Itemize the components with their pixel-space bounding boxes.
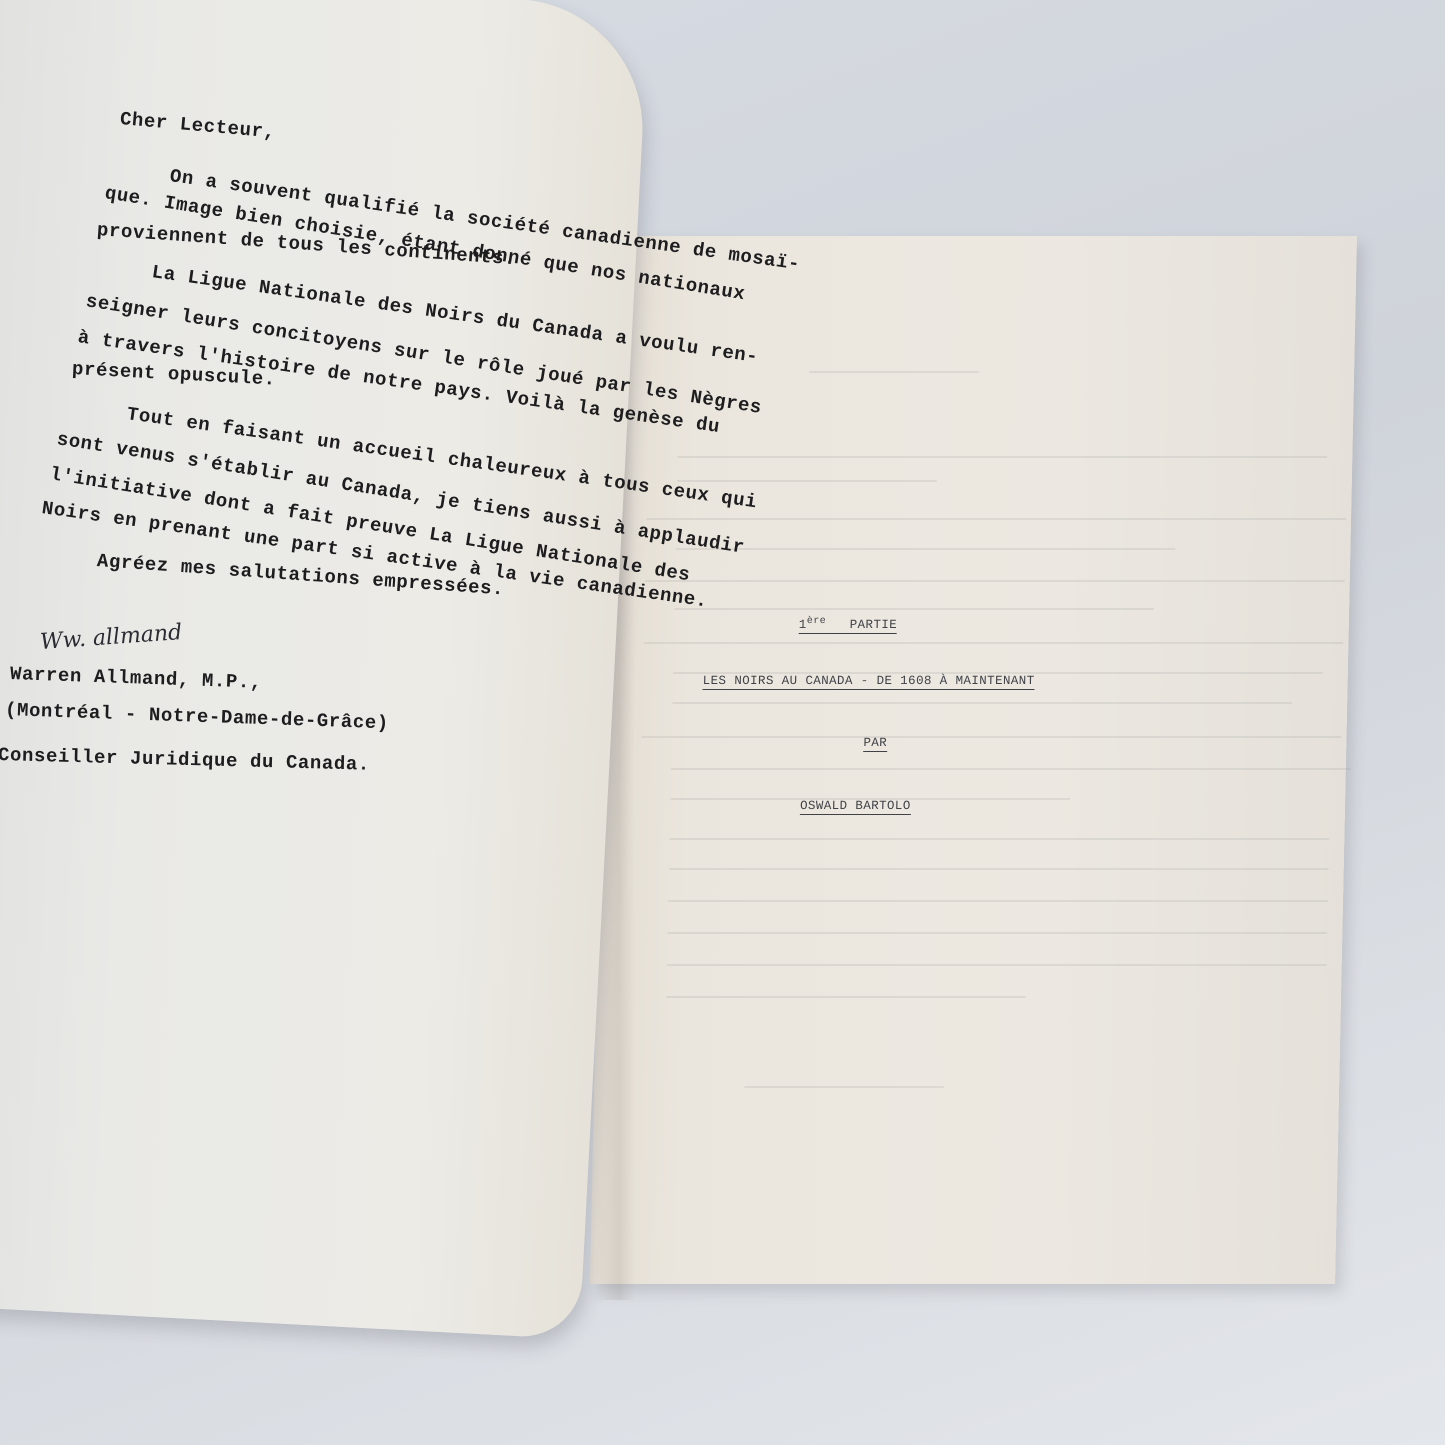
show-through-line (667, 932, 1327, 934)
show-through-line (645, 580, 1345, 582)
show-through-line (643, 642, 1343, 644)
show-through-line (675, 548, 1175, 550)
show-through-line (744, 1086, 944, 1088)
document-title: LES NOIRS AU CANADA - DE 1608 À MAINTENA… (702, 674, 1034, 690)
show-through-line (669, 838, 1329, 840)
show-through-heading (809, 371, 979, 373)
by-label: PAR (863, 736, 887, 752)
show-through-line (672, 702, 1292, 704)
show-through-line (671, 768, 1351, 770)
show-through-line (669, 868, 1329, 870)
show-through-line (677, 456, 1327, 458)
show-through-line (646, 518, 1346, 520)
show-through-line (666, 996, 1026, 998)
part-superscript: ère (807, 616, 826, 627)
part-label: PARTIE (850, 618, 898, 632)
show-through-line (677, 480, 937, 482)
show-through-line (641, 736, 1341, 738)
show-through-line (674, 608, 1154, 610)
show-through-line (667, 964, 1327, 966)
author-name: OSWALD BARTOLO (800, 799, 911, 815)
part-heading: 1ère PARTIE (799, 616, 898, 634)
part-number: 1 (799, 618, 807, 632)
show-through-line (668, 900, 1328, 902)
